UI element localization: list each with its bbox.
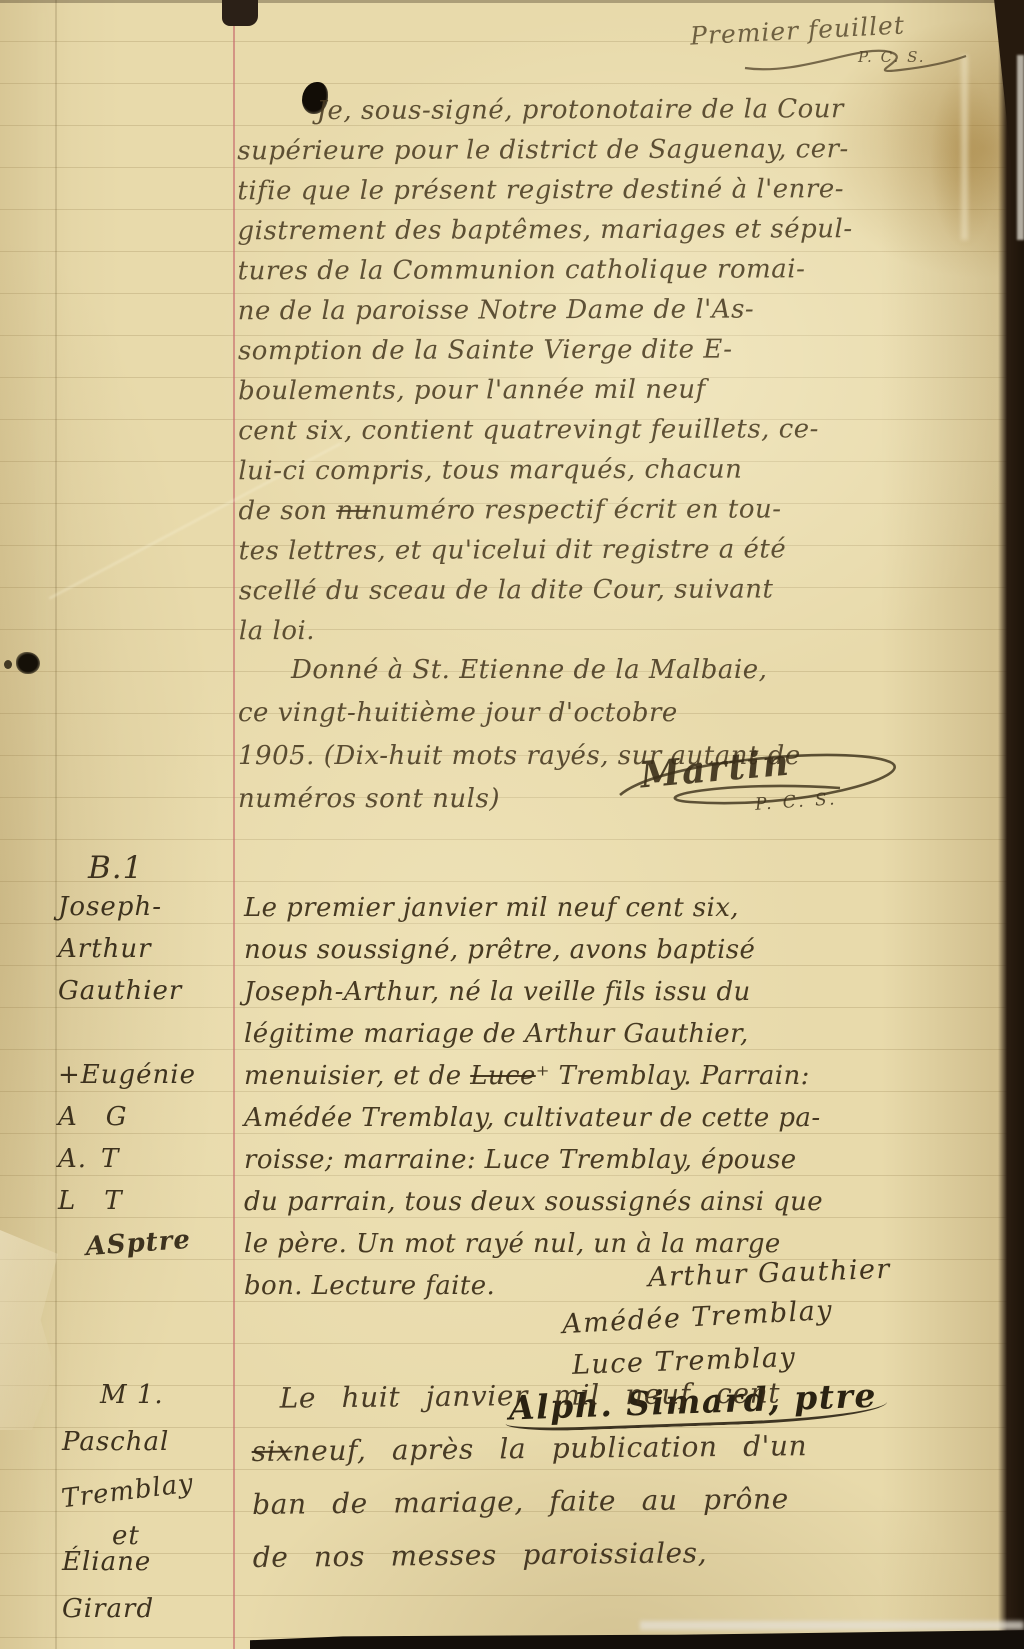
- text-line: Joseph-Arthur, né la veille fils issu du: [244, 977, 1004, 1019]
- text-line: légitime mariage de Arthur Gauthier,: [244, 1019, 1004, 1061]
- text-line: +Eugénie: [58, 1060, 233, 1102]
- text-line: B.1: [58, 850, 233, 892]
- text-line: tes lettres, et qu'icelui dit registre a…: [239, 534, 979, 577]
- entry-m1-body: Le huit janvier mil neuf centsixneuf, ap…: [251, 1374, 1013, 1594]
- entry-m1-margin: M 1.PaschalTremblayetÉlianeGirard: [62, 1380, 232, 1641]
- text-line: la loi.: [239, 614, 979, 657]
- page-edge-sliver: [1017, 55, 1024, 240]
- text-line: gistrement des baptêmes, mariages et sép…: [237, 214, 977, 257]
- ink-speck: [4, 660, 12, 669]
- text-line: Amédée Tremblay, cultivateur de cette pa…: [244, 1103, 1004, 1145]
- entry-b1-body: Le premier janvier mil neuf cent six,nou…: [244, 893, 1004, 1313]
- text-line: tures de la Communion catholique romai-: [238, 254, 978, 297]
- text-line: Le huit janvier mil neuf cent: [251, 1374, 1012, 1435]
- text-line: Gauthier: [58, 976, 233, 1018]
- text-line: ne de la paroisse Notre Dame de l'As-: [238, 294, 978, 337]
- text-line: Donné à St. Etienne de la Malbaie,: [238, 655, 978, 698]
- text-line: de nos messes paroissiales,: [253, 1533, 1014, 1594]
- page-bottom-edge-highlight: [640, 1621, 1024, 1630]
- page-top-edge: [0, 0, 1024, 3]
- text-line: Le premier janvier mil neuf cent six,: [244, 893, 1004, 935]
- signature-godmother: Luce Tremblay: [572, 1342, 797, 1381]
- text-line: roisse; marraine: Luce Tremblay, épouse: [244, 1145, 1004, 1187]
- text-line: somption de la Sainte Vierge dite E-: [238, 334, 978, 377]
- ink-blot: [16, 652, 40, 674]
- text-line: boulements, pour l'année mil neuf: [238, 374, 978, 417]
- torn-paper-edge: [0, 1230, 58, 1430]
- register-page-scan: Premier feuillet P. C. S. Je, sous-signé…: [0, 0, 1024, 1649]
- text-line: ban de mariage, faite au prône: [252, 1480, 1013, 1541]
- text-line: du parrain, tous deux soussignés ainsi q…: [244, 1187, 1004, 1229]
- text-line: Arthur: [58, 934, 233, 976]
- entry-b1-margin: B.1Joseph-ArthurGauthier +EugénieA GA. T…: [58, 850, 233, 1270]
- text-line: ce vingt-huitième jour d'octobre: [238, 698, 978, 741]
- header-initials: P. C. S.: [858, 48, 926, 66]
- text-line: cent six, contient quatrevingt feuillets…: [238, 414, 978, 457]
- text-line: scellé du sceau de la dite Cour, suivant: [239, 574, 979, 617]
- text-line: M 1.: [62, 1380, 232, 1427]
- text-line: A G: [58, 1102, 233, 1144]
- text-line: Je, sous-signé, protonotaire de la Cour: [237, 94, 977, 137]
- paper-fold-crease: [55, 0, 57, 1649]
- text-line: sixneuf, après la publication d'un: [251, 1427, 1012, 1488]
- text-line: nous soussigné, prêtre, avons baptisé: [244, 935, 1004, 977]
- text-line: L T: [58, 1186, 233, 1228]
- margin-rule-line: [233, 0, 235, 1649]
- text-line: Éliane: [62, 1547, 232, 1594]
- page-tab-behind: [222, 0, 258, 26]
- text-line: menuisier, et de Luce⁺ Tremblay. Parrain…: [244, 1061, 1004, 1103]
- text-line: tifie que le présent registre destiné à …: [237, 174, 977, 217]
- text-line: [58, 1018, 233, 1060]
- text-line: de son nunuméro respectif écrit en tou-: [238, 494, 978, 537]
- text-line: Girard: [62, 1594, 232, 1641]
- text-line: supérieure pour le district de Saguenay,…: [237, 134, 977, 177]
- text-line: Joseph-: [58, 892, 233, 934]
- text-line: A. T: [58, 1144, 233, 1186]
- text-line: lui-ci compris, tous marqués, chacun: [238, 454, 978, 497]
- text-line: ASptre: [57, 1222, 235, 1276]
- certification-text: Je, sous-signé, protonotaire de la Cours…: [237, 94, 979, 657]
- signature-flourish-icon: [740, 42, 970, 76]
